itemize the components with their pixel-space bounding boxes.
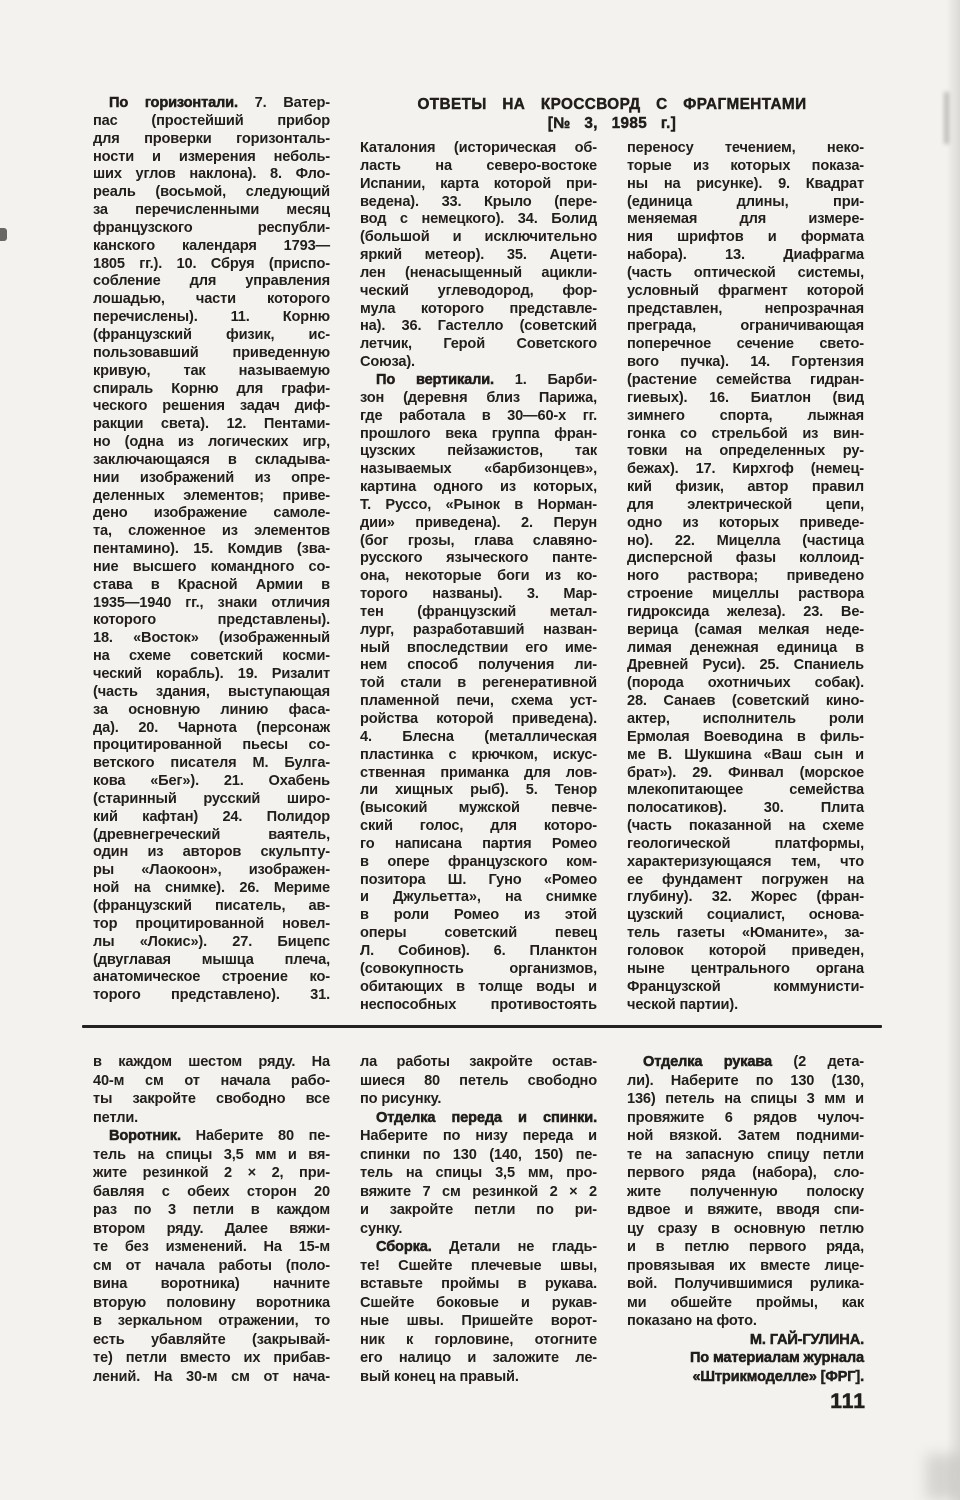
text-line: ский голос, для которо- <box>360 818 597 836</box>
text-line: лург, разработавший назван- <box>360 622 597 640</box>
text-line: одно из которых приведе- <box>627 515 864 533</box>
text-line: шиеся 80 петель свободно <box>360 1072 597 1091</box>
text-line: та, сложенное из элементов <box>93 523 330 541</box>
text-line: его налицо и заложите ле- <box>360 1349 597 1368</box>
text-line: (совокупность организмов, <box>360 961 597 979</box>
text-line: ройства которой приведена). <box>360 711 597 729</box>
text-line: канского календаря 1793— <box>93 238 330 256</box>
text-line: за основную линию фаса- <box>93 702 330 720</box>
text-line: бежах). 17. Кирхгоф (немец- <box>627 461 864 479</box>
knitting-column-left: в каждом шестом ряду. На40-м см от начал… <box>93 1053 330 1386</box>
text-line: преграда, ограничивающая <box>627 318 864 336</box>
text-line: (большой и исключительно <box>360 229 597 247</box>
text-line: называемых «барбизонцев», <box>360 461 597 479</box>
text-line: ческий корабль). 19. Ризалит <box>93 666 330 684</box>
text-line: ласть на северо-востоке <box>360 158 597 176</box>
text-line-with-heading: По материалам журнала <box>627 1349 864 1368</box>
text-line: (порода охотничьих собак). <box>627 675 864 693</box>
scan-edge-shadow <box>946 0 960 1500</box>
text-line: ших углов наклона). 8. Фло- <box>93 166 330 184</box>
text-line: тен (французский метал- <box>360 604 597 622</box>
text-line: переносу течением, неко- <box>627 140 864 158</box>
knitting-instructions-section: в каждом шестом ряду. На40-м см от начал… <box>93 1053 864 1386</box>
text-line: го написана партия Ромео <box>360 836 597 854</box>
text-line: (древнегреческий ваятель, <box>93 827 330 845</box>
text-line: ее фундамент погружен на <box>627 872 864 890</box>
run-in-heading: Воротник. <box>109 1128 181 1144</box>
text-line: те без изменений. На 15-м <box>93 1238 330 1257</box>
text-line: лен (ненасыщенный ацикли- <box>360 265 597 283</box>
crossword-two-columns: Каталония (историческая об-ласть на севе… <box>360 140 864 1014</box>
crossword-right-region: ОТВЕТЫ НА КРОССВОРД С ФРАГМЕНТАМИ [№ 3, … <box>360 95 864 1014</box>
text-line-with-heading: «Штрикмоделле» [ФРГ]. <box>627 1368 864 1387</box>
text-line: представлен, непрозрачная <box>627 301 864 319</box>
text-line: той стали в регенеративной <box>360 675 597 693</box>
text-line: ные швы. Пришейте ворот- <box>360 1312 597 1331</box>
text-line: (единица длины, при- <box>627 194 864 212</box>
text-line: для проверки горизонталь- <box>93 131 330 149</box>
text-line: обитающих в толще воды и <box>360 979 597 997</box>
text-line: ли хищных рыб). 5. Тенор <box>360 782 597 800</box>
scan-artifact-corner <box>926 1454 960 1500</box>
crossword-answers-section: По горизонтали. 7. Ватер-пас (простейший… <box>93 95 864 1014</box>
text-line: ности и измерения неболь- <box>93 149 330 167</box>
text-line: Л. Собинов). 6. Планктон <box>360 943 597 961</box>
text-line: товки на определенных ру- <box>627 443 864 461</box>
knitting-column-middle: ла работы закройте остав-шиеся 80 петель… <box>360 1053 597 1386</box>
text-line: ственная приманка для лов- <box>360 765 597 783</box>
text-line: в каждом шестом ряду. На <box>93 1053 330 1072</box>
text-line: (часть оптической системы, <box>627 265 864 283</box>
text-line: ведена). 33. Крыло (пере- <box>360 194 597 212</box>
text-line: ческой партии). <box>627 997 864 1015</box>
text-line: дии» приведена). 2. Перун <box>360 515 597 533</box>
text-line: 4. Блесна (металлическая <box>360 729 597 747</box>
text-line: бавляя с обеих сторон 20 <box>93 1183 330 1202</box>
text-line: реаль (восьмой, следующий <box>93 184 330 202</box>
text-line: ме В. Шукшина «Ваш сын и <box>627 747 864 765</box>
text-line: торого представлено). 31. <box>93 987 330 1005</box>
text-line: да). 20. Чарнота (персонаж <box>93 720 330 738</box>
text-line: жите полученную полоску <box>627 1183 864 1202</box>
text-line: есть убавляйте (закрывай- <box>93 1331 330 1350</box>
text-line: цу сразу в основную петлю <box>627 1220 864 1239</box>
text-line: (французский писатель, ав- <box>93 898 330 916</box>
text-line: (высокий мужской певче- <box>360 800 597 818</box>
text-line: провязывая их вместе лице- <box>627 1257 864 1276</box>
text-line: 1935—1940 гг., знаки отличия <box>93 595 330 613</box>
run-in-heading: М. ГАЙ-ГУЛИНА. <box>750 1332 864 1348</box>
text-line-with-heading: Сборка. Детали не гладь- <box>360 1238 597 1257</box>
text-line: лошадью, части которого <box>93 291 330 309</box>
text-line: ныне центрального органа <box>627 961 864 979</box>
crossword-issue: [№ 3, 1985 г.] <box>360 114 864 133</box>
text-line: тель на спицы 3,5 мм, про- <box>360 1164 597 1183</box>
run-in-heading: «Штрикмоделле» [ФРГ]. <box>692 1369 864 1385</box>
text-line: те) петли вместо их прибав- <box>93 1349 330 1368</box>
text-line: ния шрифтов и формата <box>627 229 864 247</box>
text-line: глубину). 32. Жорес (фран- <box>627 889 864 907</box>
run-in-heading: Отделка рукава <box>643 1054 772 1070</box>
run-in-heading: По вертикали. <box>376 372 494 388</box>
text-line: оперы советский певец <box>360 925 597 943</box>
text-line: вторую половину воротника <box>93 1294 330 1313</box>
text-line: ракции света). 12. Пентами- <box>93 416 330 434</box>
text-line: набора). 13. Диафрагма <box>627 247 864 265</box>
scan-artifact-left <box>0 228 7 241</box>
text-line: Каталония (историческая об- <box>360 140 597 158</box>
text-line: дено изображение самоле- <box>93 505 330 523</box>
page-number: 111 <box>830 1390 866 1414</box>
text-line: французского республи- <box>93 220 330 238</box>
text-line: см от начала работы (поло- <box>93 1257 330 1276</box>
text-line: тор процитированной новел- <box>93 916 330 934</box>
text-line: Т. Руссо, «Рынок в Норман- <box>360 497 597 515</box>
text-line-with-heading: По горизонтали. 7. Ватер- <box>93 95 330 113</box>
run-in-heading: Отделка переда и спинки. <box>376 1110 597 1126</box>
text-line: строение мицеллы раствора <box>627 586 864 604</box>
knitting-column-right: Отделка рукава (2 дета-ли). Наберите по … <box>627 1053 864 1386</box>
text-line: летчик, Герой Советского <box>360 336 597 354</box>
text-line: Сшейте боковые и рукав- <box>360 1294 597 1313</box>
text-line: лений. На 30-м см от нача- <box>93 1368 330 1387</box>
text-line: яркий метеор). 35. Ацети- <box>360 247 597 265</box>
text-line: спинки по 130 (140, 150) пе- <box>360 1146 597 1165</box>
text-line: става в Красной Армии в <box>93 577 330 595</box>
text-line: Древней Руси). 25. Спаниель <box>627 657 864 675</box>
text-line: неспособных противостоять <box>360 997 597 1015</box>
text-line: меняемая для измере- <box>627 211 864 229</box>
text-line: втором ряду. Далее вяжи- <box>93 1220 330 1239</box>
text-line: (растение семейства гидран- <box>627 372 864 390</box>
text-line: по рисунку. <box>360 1090 597 1109</box>
text-line: раз по 3 петли в каждом <box>93 1201 330 1220</box>
run-in-heading: По материалам журнала <box>690 1350 864 1366</box>
text-line: зон (деревня близ Парижа, <box>360 390 597 408</box>
text-line: гонка со стрельбой из вин- <box>627 426 864 444</box>
crossword-header: ОТВЕТЫ НА КРОССВОРД С ФРАГМЕНТАМИ [№ 3, … <box>360 95 864 140</box>
text-line: и Джульетта», на снимке <box>360 889 597 907</box>
text-line: 1805 гг.). 10. Сбруя (приспо- <box>93 256 330 274</box>
text-line: лимая денежная единица в <box>627 640 864 658</box>
text-line: головок которой приведен, <box>627 943 864 961</box>
text-line: ник к горловине, отогните <box>360 1331 597 1350</box>
text-line: вдвое и вяжите, вводя спи- <box>627 1201 864 1220</box>
text-line: вод с немецкого). 34. Болид <box>360 211 597 229</box>
text-line: вставьте проймы в рукава. <box>360 1275 597 1294</box>
text-line: (часть показанной на схеме <box>627 818 864 836</box>
magazine-page-scan: По горизонтали. 7. Ватер-пас (простейший… <box>0 0 960 1500</box>
text-line: дисперсной фазы коллоид- <box>627 550 864 568</box>
text-line: деленных элементов; приве- <box>93 488 330 506</box>
text-line: лы «Локис»). 27. Бицепс <box>93 934 330 952</box>
text-line: петли. <box>93 1109 330 1128</box>
text-line: русского языческого панте- <box>360 550 597 568</box>
text-line: ческий углеводород, фор- <box>360 283 597 301</box>
text-line: Ермолая Воеводина в филь- <box>627 729 864 747</box>
text-line: в опере французского ком- <box>360 854 597 872</box>
text-line: торого названы). 3. Мар- <box>360 586 597 604</box>
text-line: Французской коммунисти- <box>627 979 864 997</box>
text-line: те! Сшейте плечевые швы, <box>360 1257 597 1276</box>
text-line: ли). Наберите по 130 (130, <box>627 1072 864 1091</box>
text-line: зимнего спорта, лыжная <box>627 408 864 426</box>
text-line: на схеме советский косми- <box>93 648 330 666</box>
text-line: прошлого века группа фран- <box>360 426 597 444</box>
text-line: заключающаяся в складыва- <box>93 452 330 470</box>
text-line: собление для управления <box>93 273 330 291</box>
text-line: ры «Лаокоон», изображен- <box>93 862 330 880</box>
text-line: (французский физик, ис- <box>93 327 330 345</box>
crossword-title: ОТВЕТЫ НА КРОССВОРД С ФРАГМЕНТАМИ <box>360 95 864 114</box>
text-line: вый конец на правый. <box>360 1368 597 1387</box>
text-line: в роли Ромео из этой <box>360 907 597 925</box>
run-in-heading: Сборка. <box>376 1239 432 1255</box>
text-line: ной на снимке). 26. Мериме <box>93 880 330 898</box>
text-line: ный впоследствии его име- <box>360 640 597 658</box>
text-line: ческого решения задач диф- <box>93 398 330 416</box>
text-line-with-heading: Отделка переда и спинки. <box>360 1109 597 1128</box>
text-line: которого представлены). <box>93 612 330 630</box>
text-line: 40-м см от начала рабо- <box>93 1072 330 1091</box>
text-line: гидроксида железа). 23. Ве- <box>627 604 864 622</box>
text-line: мула которого представле- <box>360 301 597 319</box>
text-line: (двуглавая мышца плеча, <box>93 952 330 970</box>
text-line: (часть здания, выступающая <box>93 684 330 702</box>
text-line-with-heading: М. ГАЙ-ГУЛИНА. <box>627 1331 864 1350</box>
text-line: актер, исполнитель роли <box>627 711 864 729</box>
text-line: пас (простейший прибор <box>93 113 330 131</box>
text-line: спираль Корню для графи- <box>93 381 330 399</box>
text-line: где работала в 30—60-х гг. <box>360 408 597 426</box>
text-line: вяжите 7 см резинкой 2 × 2 <box>360 1183 597 1202</box>
text-line: ми обшейте проймы, как <box>627 1294 864 1313</box>
text-line: 18. «Восток» (изображенный <box>93 630 330 648</box>
text-line: но). 22. Мицелла (частица <box>627 533 864 551</box>
text-line: но (одна из логических игр, <box>93 434 330 452</box>
crossword-column-left: По горизонтали. 7. Ватер-пас (простейший… <box>93 95 330 1014</box>
text-line: перечислены). 11. Корню <box>93 309 330 327</box>
text-line: кий физик, автор правил <box>627 479 864 497</box>
text-line: геологической платформы, <box>627 836 864 854</box>
text-line: и в петлю первого ряда, <box>627 1238 864 1257</box>
text-line: торые из которых показа- <box>627 158 864 176</box>
text-line: гиевых). 16. Биатлон (вид <box>627 390 864 408</box>
text-line-with-heading: По вертикали. 1. Барби- <box>360 372 597 390</box>
text-line: 28. Санаев (советский кино- <box>627 693 864 711</box>
text-line: на). 36. Гастелло (советский <box>360 318 597 336</box>
text-line: Испании, карта которой при- <box>360 176 597 194</box>
text-line-with-heading: Отделка рукава (2 дета- <box>627 1053 864 1072</box>
text-line: цузских пейзажистов, так <box>360 443 597 461</box>
text-line: сунку. <box>360 1220 597 1239</box>
text-line: условный фрагмент которой <box>627 283 864 301</box>
text-line: ного раствора; приведено <box>627 568 864 586</box>
text-line: ла работы закройте остав- <box>360 1053 597 1072</box>
text-line: пламенной печи, схема уст- <box>360 693 597 711</box>
text-line: ны на рисунке). 9. Квадрат <box>627 176 864 194</box>
text-line: характеризующаяся тем, что <box>627 854 864 872</box>
text-line: вой. Получившимися рулика- <box>627 1275 864 1294</box>
text-line-with-heading: Воротник. Наберите 80 пе- <box>93 1127 330 1146</box>
text-line: показано на фото. <box>627 1312 864 1331</box>
text-line: первого ряда (набора), сло- <box>627 1164 864 1183</box>
text-line: цузский социалист, основа- <box>627 907 864 925</box>
section-divider-rule <box>82 1025 882 1028</box>
text-line: за перечисленными месяц <box>93 202 330 220</box>
text-line: провяжите 6 рядов чулоч- <box>627 1109 864 1128</box>
text-line: полосатиков). 30. Плита <box>627 800 864 818</box>
text-line: картина одного из которых, <box>360 479 597 497</box>
text-line: пользовавший приведенную <box>93 345 330 363</box>
text-line: анатомическое строение ко- <box>93 969 330 987</box>
text-line: кривую, так называемую <box>93 363 330 381</box>
run-in-heading: По горизонтали. <box>109 95 238 111</box>
text-line: ветского писателя М. Булга- <box>93 755 330 773</box>
text-line: в зеркальном отражении, то <box>93 1312 330 1331</box>
text-line: пентамино). 15. Комдив (зва- <box>93 541 330 559</box>
text-line: вого пучка). 14. Гортензия <box>627 354 864 372</box>
text-line: (бог грозы, глава славяно- <box>360 533 597 551</box>
text-line: 136) петель на спицы 3 мм и <box>627 1090 864 1109</box>
text-line: один из авторов скульпту- <box>93 844 330 862</box>
text-line: для электрической цепи, <box>627 497 864 515</box>
text-line: Наберите по низу переда и <box>360 1127 597 1146</box>
text-line: брат»). 29. Финвал (морское <box>627 765 864 783</box>
text-line: ной вязкой. Затем подними- <box>627 1127 864 1146</box>
crossword-column-middle: Каталония (историческая об-ласть на севе… <box>360 140 597 1014</box>
scan-artifact-right <box>944 92 949 144</box>
text-line: млекопитающее семейства <box>627 782 864 800</box>
text-line: нии изображений из опре- <box>93 470 330 488</box>
text-line: поперечное сечение свето- <box>627 336 864 354</box>
text-line: (старинный русский широ- <box>93 791 330 809</box>
text-line: те на запасную спицу петли <box>627 1146 864 1165</box>
text-line: верица (самая мелкая неде- <box>627 622 864 640</box>
text-line: кова «Бег»). 21. Охабень <box>93 773 330 791</box>
text-line: позитора Ш. Гуно «Ромео <box>360 872 597 890</box>
text-line: тель газеты «Юманите», за- <box>627 925 864 943</box>
text-line: вина воротника) начните <box>93 1275 330 1294</box>
text-line: она, некоторые боги из ко- <box>360 568 597 586</box>
crossword-column-right: переносу течением, неко-торые из которых… <box>627 140 864 1014</box>
text-line: пластинка с крючком, искус- <box>360 747 597 765</box>
text-line: ние высшего командного со- <box>93 559 330 577</box>
text-line: Союза). <box>360 354 597 372</box>
text-line: процитированной пьесы со- <box>93 737 330 755</box>
text-line: кий кафтан) 24. Полидор <box>93 809 330 827</box>
text-line: ты закройте свободно все <box>93 1090 330 1109</box>
text-line: и закройте петли по ри- <box>360 1201 597 1220</box>
text-line: нем способ получения ли- <box>360 657 597 675</box>
text-line: тель на спицы 3,5 мм и вя- <box>93 1146 330 1165</box>
text-line: жите резинкой 2 × 2, при- <box>93 1164 330 1183</box>
